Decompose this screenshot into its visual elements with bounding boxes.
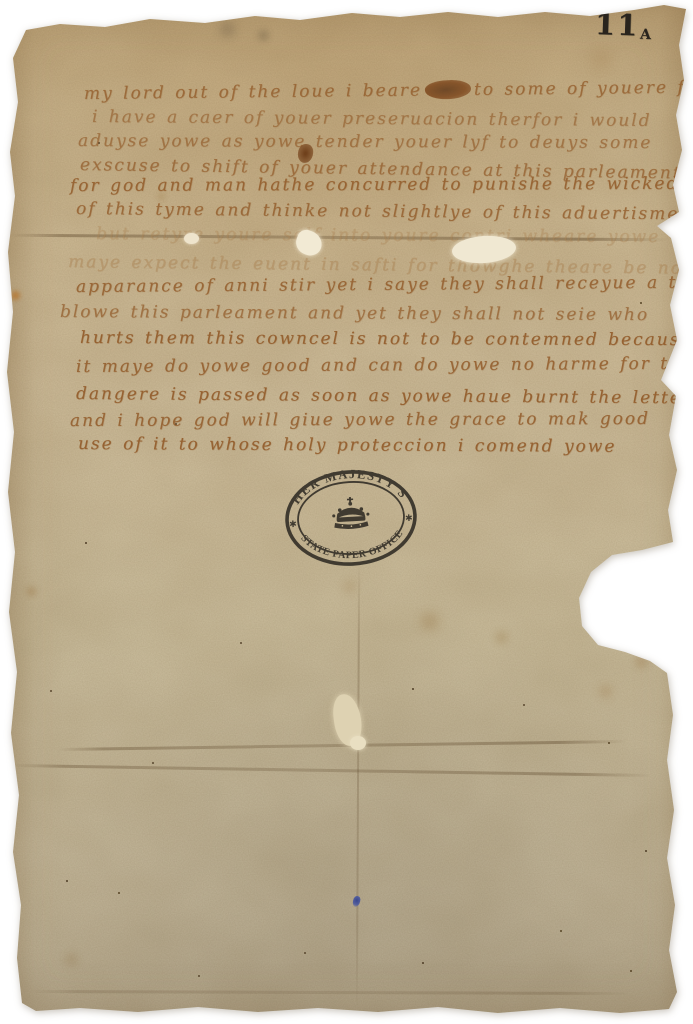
- folio-number-main: 11: [594, 7, 640, 43]
- star-separator-icon: ✱: [405, 514, 413, 524]
- letter-line: hurts them this cowncel is not to be con…: [80, 328, 681, 350]
- letter-line: it maye do yowe good and can do yowe no …: [76, 354, 693, 377]
- letter-line: blowe this parleament and yet they shall…: [60, 302, 649, 325]
- letter-line: but retyre youre self into youre contri …: [96, 224, 660, 247]
- letter-line: i have a caer of youer preseruacion ther…: [92, 107, 652, 131]
- letter-line: apparance of anni stir yet i saye they s…: [76, 272, 693, 297]
- ink-speckles: [0, 0, 2, 2]
- folio-number: 11A: [594, 7, 651, 43]
- state-paper-office-stamp: HER MAJESTY'S STATE PAPER OFFICE ✱ ✱: [277, 460, 424, 575]
- ink-blot: [424, 78, 471, 101]
- parchment-sheet: my lord out of the loue i beareto some o…: [0, 0, 693, 1024]
- letter-line: and i hope god will giue yowe the grace …: [70, 409, 650, 431]
- letter-line: for god and man hathe concurred to punis…: [70, 174, 693, 196]
- crown-icon: [331, 496, 370, 530]
- letter-line: dangere is passed as soon as yowe haue b…: [76, 384, 692, 408]
- folio-number-suffix: A: [640, 27, 651, 43]
- letter-line-text: to some of youere frends: [474, 77, 693, 100]
- parchment-page: my lord out of the loue i beareto some o…: [0, 0, 693, 1024]
- letter-line: use of it to whose holy proteccion i com…: [78, 434, 617, 457]
- manuscript-scan: my lord out of the loue i beareto some o…: [0, 0, 693, 1024]
- foxing-stains: [0, 0, 3, 3]
- letter-line: aduyse yowe as yowe tender youer lyf to …: [78, 131, 652, 153]
- star-separator-icon: ✱: [289, 520, 297, 530]
- letter-line-text: my lord out of the loue i beare: [84, 80, 422, 104]
